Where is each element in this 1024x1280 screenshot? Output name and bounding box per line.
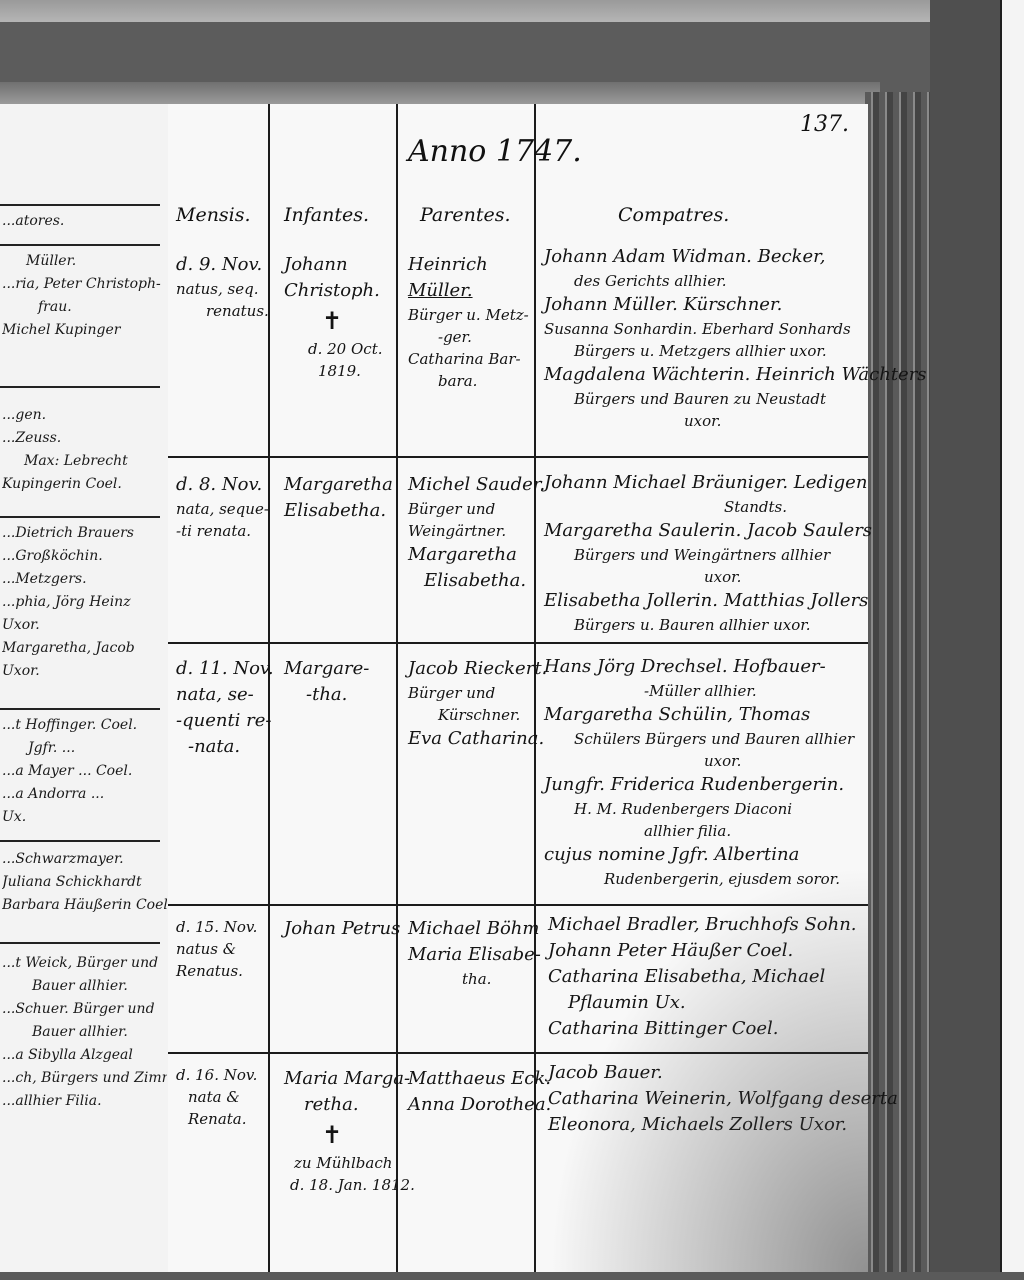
- row-rule: [0, 204, 160, 206]
- left-fragment: ...atores.: [2, 210, 167, 233]
- row-rule: [0, 708, 160, 710]
- left-fragment: ...gen. ...Zeuss. Max: Lebrecht Kupinger…: [2, 404, 167, 496]
- year-heading: Anno 1747.: [408, 134, 582, 169]
- entry-2-date: d. 8. Nov. nata, seque- -ti renata.: [176, 472, 269, 542]
- column-header-infantes: Infantes.: [284, 204, 369, 226]
- book-upper-edge: [0, 82, 880, 104]
- entry-4-date: d. 15. Nov. natus & Renatus.: [176, 916, 257, 982]
- left-fragment: ...Schwarzmayer. Juliana Schickhardt Bar…: [2, 848, 167, 917]
- row-rule: [0, 840, 160, 842]
- column-header-compatres: Compatres.: [618, 204, 729, 226]
- page-number: 137.: [800, 112, 849, 137]
- left-fragment: ...t Hoffinger. Coel. Jgfr. ... ...a May…: [2, 714, 167, 829]
- row-divider: [168, 642, 868, 644]
- entry-2-parents: Michel Sauder. Bürger und Weingärtner. M…: [408, 472, 545, 594]
- microfilm-top-margin: [0, 0, 1024, 22]
- left-fragment: Müller. ...ria, Peter Christoph- frau. M…: [2, 250, 167, 342]
- column-header-parentes: Parentes.: [420, 204, 511, 226]
- microfilm-bottom-margin: [0, 1272, 1024, 1280]
- row-rule: [0, 244, 160, 246]
- entry-4-parents: Michael Böhm Maria Elisabe- tha.: [408, 916, 541, 990]
- entry-5-godparents: Jacob Bauer. Catharina Weinerin, Wolfgan…: [548, 1060, 898, 1138]
- row-rule: [0, 386, 160, 388]
- entry-3-date: d. 11. Nov. nata, se- -quenti re- -nata.: [176, 656, 274, 760]
- left-page: ...atores. Müller. ...ria, Peter Christo…: [0, 104, 171, 1272]
- row-divider: [168, 1052, 868, 1054]
- entry-5-parents: Matthaeus Eck. Anna Dorothea.: [408, 1066, 551, 1118]
- entry-3-godparents: Hans Jörg Drechsel. Hofbauer- -Müller al…: [544, 654, 854, 890]
- entry-2-godparents: Johann Michael Bräuniger. Ledigen Standt…: [544, 470, 872, 636]
- column-header-mensis: Mensis.: [176, 204, 251, 226]
- microfilm-right-margin: [930, 0, 1000, 1280]
- row-rule: [0, 942, 160, 944]
- register-page: Anno 1747. 137. Mensis. Infantes. Parent…: [168, 104, 868, 1272]
- entry-4-infant: Johan Petrus: [284, 916, 400, 942]
- row-divider: [168, 904, 868, 906]
- entry-4-godparents: Michael Bradler, Bruchhofs Sohn. Johann …: [548, 912, 857, 1042]
- row-divider: [168, 456, 868, 458]
- death-cross-icon: ✝: [284, 1118, 415, 1152]
- film-edge: KODAK SAFETY ▲ FILM ●●: [1000, 0, 1024, 1280]
- entry-5-date: d. 16. Nov. nata & Renata.: [176, 1064, 257, 1130]
- entry-1-godparents: Johann Adam Widman. Becker, des Gerichts…: [544, 244, 927, 432]
- left-fragment: ...t Weick, Bürger und Bauer allhier. ..…: [2, 952, 167, 1113]
- death-cross-icon: ✝: [284, 304, 383, 338]
- entry-1-date: d. 9. Nov. natus, seq. renatus.: [176, 252, 269, 322]
- entry-1-infant: Johann Christoph. ✝ d. 20 Oct. 1819.: [284, 252, 383, 382]
- entry-2-infant: Margaretha Elisabetha.: [284, 472, 393, 524]
- entry-1-parents: Heinrich Müller. Bürger u. Metz- -ger. C…: [408, 252, 529, 392]
- entry-3-parents: Jacob Rieckert. Bürger und Kürschner. Ev…: [408, 656, 547, 752]
- row-rule: [0, 516, 160, 518]
- left-fragment: ...Dietrich Brauers ...Großköchin. ...Me…: [2, 522, 167, 683]
- entry-3-infant: Margare- -tha.: [284, 656, 369, 708]
- entry-5-infant: Maria Marga- retha. ✝ zu Mühlbach d. 18.…: [284, 1066, 415, 1196]
